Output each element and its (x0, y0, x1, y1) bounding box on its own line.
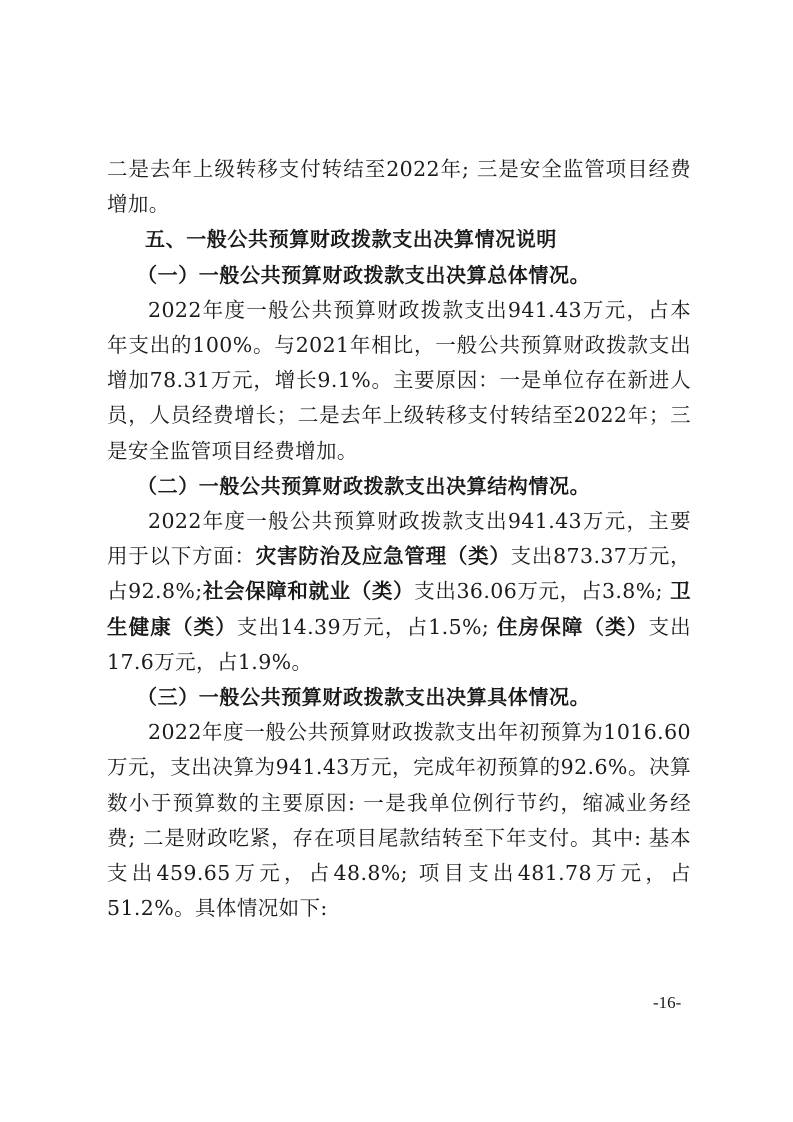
subsection-paragraph-3: 2022年度一般公共预算财政拨款支出年初预算为1016.60万元，支出决算为94… (107, 715, 691, 926)
subsection-paragraph-2: 2022年度一般公共预算财政拨款支出941.43万元，主要用于以下方面：灾害防治… (107, 504, 691, 680)
page-number: -16- (653, 993, 681, 1013)
subsection-heading-1: （一）一般公共预算财政拨款支出决算总体情况。 (107, 258, 691, 293)
document-page: 二是去年上级转移支付转结至2022年; 三是安全监管项目经费增加。 五、一般公共… (107, 152, 691, 926)
section-heading: 五、一般公共预算财政拨款支出决算情况说明 (107, 222, 691, 257)
category-social-security: 社会保障和就业（类） (203, 579, 415, 603)
subsection-heading-3: （三）一般公共预算财政拨款支出决算具体情况。 (107, 680, 691, 715)
category-housing: 住房保障（类） (497, 615, 649, 639)
continuation-paragraph: 二是去年上级转移支付转结至2022年; 三是安全监管项目经费增加。 (107, 152, 691, 222)
category-social-security-value: 支出36.06万元，占3.8%; (414, 579, 670, 603)
category-disaster-prevention: 灾害防治及应急管理（类） (256, 544, 511, 568)
subsection-paragraph-1: 2022年度一般公共预算财政拨款支出941.43万元，占本年支出的100%。与2… (107, 293, 691, 469)
category-health-value: 支出14.39万元，占1.5%; (237, 615, 497, 639)
subsection-heading-2: （二）一般公共预算财政拨款支出决算结构情况。 (107, 469, 691, 504)
